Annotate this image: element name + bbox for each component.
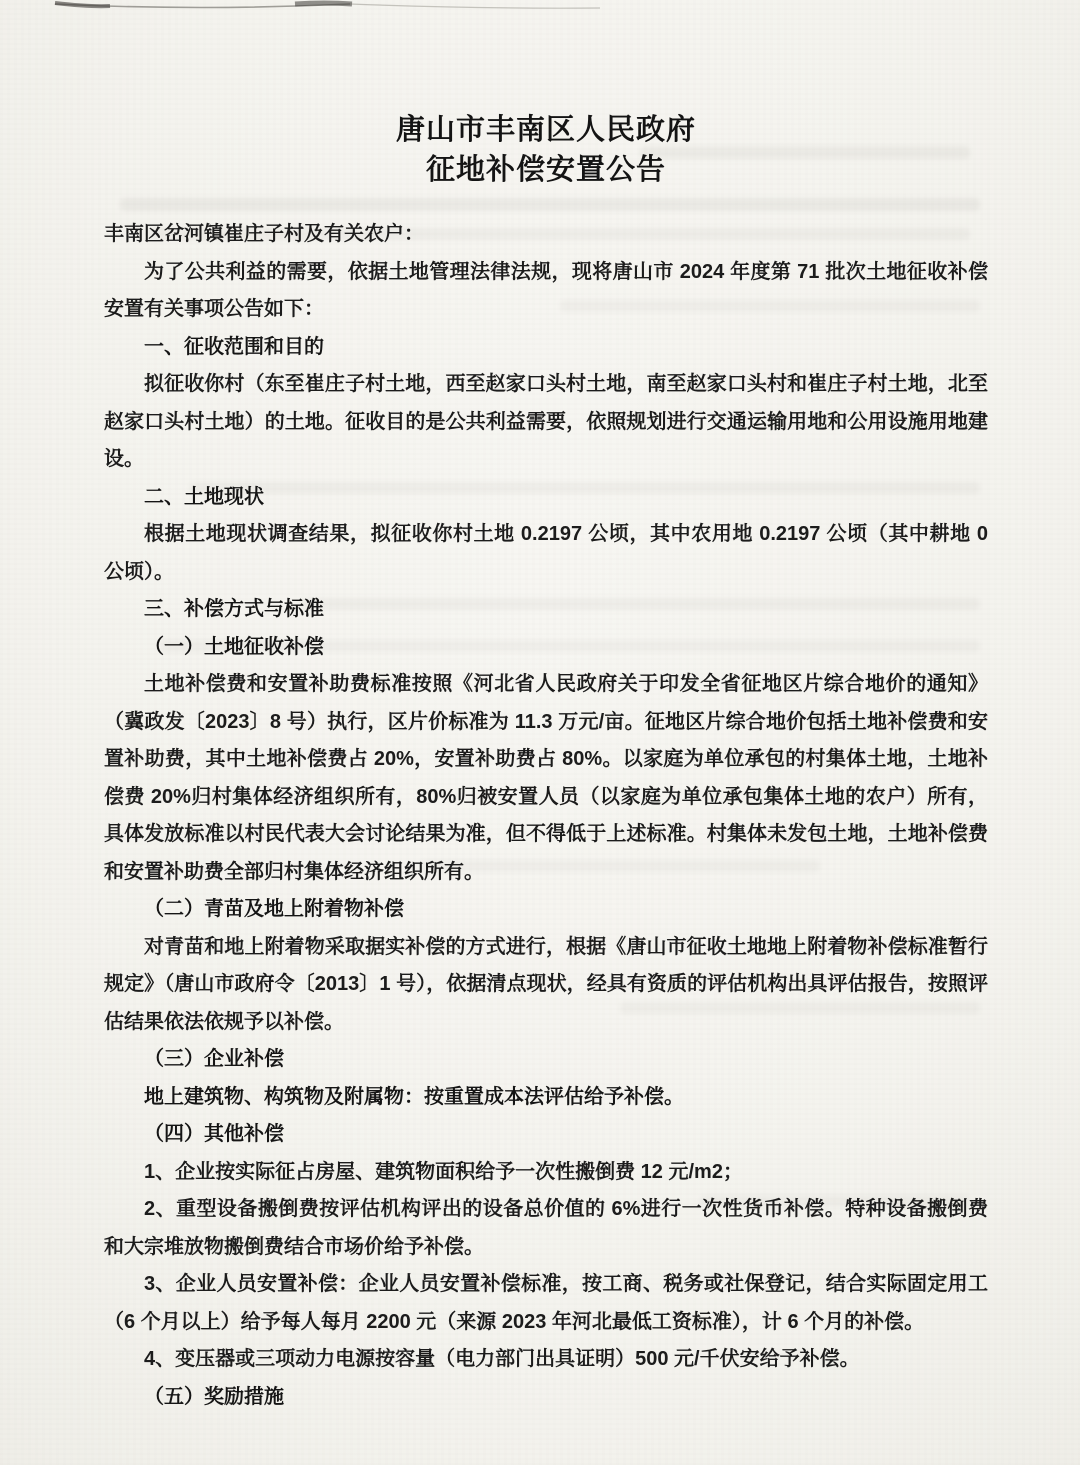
subsection-heading-3-5: （五）奖励措施 — [104, 1379, 988, 1417]
paragraph-scope: 拟征收你村（东至崔庄子村土地，西至赵家口头村土地，南至赵家口头村和崔庄子村土地，… — [104, 366, 988, 479]
paragraph-other-comp-3: 3、企业人员安置补偿：企业人员安置补偿标准，按工商、税务或社保登记，结合实际固定… — [104, 1266, 988, 1341]
subsection-heading-3-1: （一）土地征收补偿 — [104, 629, 988, 667]
salutation-line: 丰南区岔河镇崔庄子村及有关农户： — [104, 216, 988, 254]
scan-edge-artifact — [0, 0, 700, 30]
subsection-heading-3-4: （四）其他补偿 — [104, 1116, 988, 1154]
subsection-heading-3-3: （三）企业补偿 — [104, 1041, 988, 1079]
paragraph-enterprise-comp: 地上建筑物、构筑物及附属物：按重置成本法评估给予补偿。 — [104, 1079, 988, 1117]
paragraph-land-status: 根据土地现状调查结果，拟征收你村土地 0.2197 公顷，其中农用地 0.219… — [104, 516, 988, 591]
paragraph-intro: 为了公共利益的需要，依据土地管理法律法规，现将唐山市 2024 年度第 71 批… — [104, 254, 988, 329]
paragraph-attachment-comp: 对青苗和地上附着物采取据实补偿的方式进行，根据《唐山市征收土地地上附着物补偿标准… — [104, 929, 988, 1042]
paragraph-other-comp-1: 1、企业按实际征占房屋、建筑物面积给予一次性搬倒费 12 元/m2； — [104, 1154, 988, 1192]
paragraph-other-comp-2: 2、重型设备搬倒费按评估机构评出的设备总价值的 6%进行一次性货币补偿。特种设备… — [104, 1191, 988, 1266]
doc-title-line2: 征地补偿安置公告 — [104, 150, 988, 190]
paragraph-land-comp: 土地补偿费和安置补助费标准按照《河北省人民政府关于印发全省征地区片综合地价的通知… — [104, 666, 988, 891]
section-heading-3: 三、补偿方式与标准 — [104, 591, 988, 629]
section-heading-2: 二、土地现状 — [104, 479, 988, 517]
doc-title-line1: 唐山市丰南区人民政府 — [104, 110, 988, 150]
document-content: 唐山市丰南区人民政府 征地补偿安置公告 丰南区岔河镇崔庄子村及有关农户： 为了公… — [104, 110, 988, 1416]
section-heading-1: 一、征收范围和目的 — [104, 329, 988, 367]
subsection-heading-3-2: （二）青苗及地上附着物补偿 — [104, 891, 988, 929]
paragraph-other-comp-4: 4、变压器或三项动力电源按容量（电力部门出具证明）500 元/千伏安给予补偿。 — [104, 1341, 988, 1379]
scanned-page: 唐山市丰南区人民政府 征地补偿安置公告 丰南区岔河镇崔庄子村及有关农户： 为了公… — [0, 0, 1080, 1465]
